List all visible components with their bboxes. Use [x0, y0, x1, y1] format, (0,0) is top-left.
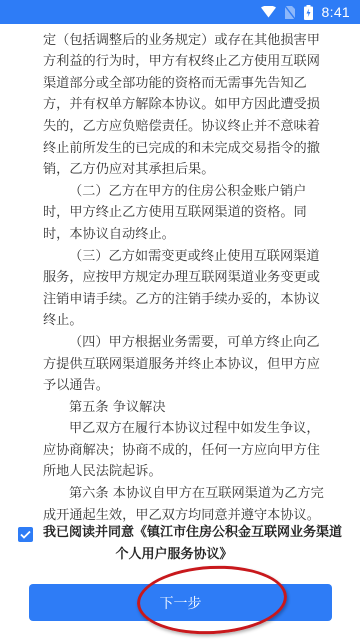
agreement-line: 终止。 [43, 310, 319, 332]
agreement-line: 所地人民法院起诉。 [43, 461, 319, 483]
consent-checkbox[interactable] [18, 527, 33, 542]
agreement-line: 终止前所发生的已完成的和未完成交易指令的撤 [43, 138, 319, 160]
agreement-line: 时，甲方终止乙方使用互联网渠道的资格。同 [43, 202, 319, 224]
next-step-button[interactable]: 下一步 [29, 584, 332, 621]
agreement-line: 失的，乙方应负赔偿责任。协议终止并不意味着 [43, 116, 319, 138]
agreement-line: 第六条 本协议自甲方在互联网渠道为乙方完 [43, 483, 319, 505]
consent-label[interactable]: 我已阅读并同意《镇江市住房公积金互联网业务渠道 个人用户服务协议》 [43, 522, 343, 566]
agreement-line: 服务，应按甲方规定办理互联网渠道业务变更或 [43, 267, 319, 289]
agreement-line: 应协商解决；协商不成的，任何一方应向甲方住 [43, 440, 319, 462]
agreement-line: （三）乙方如需变更或终止使用互联网渠道 [43, 246, 319, 268]
agreement-line: 注销申请手续。乙方的注销手续办妥的，本协议 [43, 289, 319, 311]
consent-label-line1: 我已阅读并同意《镇江市住房公积金互联网业务渠道 [43, 522, 343, 544]
wifi-icon [261, 6, 276, 18]
agreement-line: 甲乙双方在履行本协议过程中如发生争议， [43, 418, 319, 440]
checkmark-icon [20, 530, 31, 539]
agreement-line: 第五条 争议解决 [43, 397, 319, 419]
status-time: 8:41 [322, 4, 350, 20]
agreement-line: 方，并有权单方解除本协议。如甲方因此遭受损 [43, 94, 319, 116]
agreement-line: 定（包括调整后的业务规定）或存在其他损害甲 [43, 30, 319, 52]
agreement-text[interactable]: 甲方有权终止乙方使用互联网渠道业务规定或其他损害甲定（包括调整后的业务规定）或存… [43, 8, 319, 526]
agreement-line: （四）甲方根据业务需要，可单方终止向乙 [43, 332, 319, 354]
agreement-line: 予以通告。 [43, 375, 319, 397]
agreement-line: 方提供互联网渠道服务并终止本协议，但甲方应 [43, 354, 319, 376]
consent-row[interactable]: 我已阅读并同意《镇江市住房公积金互联网业务渠道 个人用户服务协议》 [0, 522, 360, 566]
no-sim-icon [285, 6, 295, 19]
agreement-line: 方利益的行为时，甲方有权终止乙方使用互联网 [43, 51, 319, 73]
status-bar: 8:41 [0, 0, 360, 24]
battery-charging-icon [304, 5, 313, 20]
agreement-line: 时，本协议自动终止。 [43, 224, 319, 246]
consent-label-line2[interactable]: 个人用户服务协议》 [43, 544, 343, 566]
agreement-line: （二）乙方在甲方的住房公积金账户销户 [43, 181, 319, 203]
agreement-line: 销，乙方仍应对其承担后果。 [43, 159, 319, 181]
agreement-line: 渠道部分或全部功能的资格而无需事先告知乙 [43, 73, 319, 95]
